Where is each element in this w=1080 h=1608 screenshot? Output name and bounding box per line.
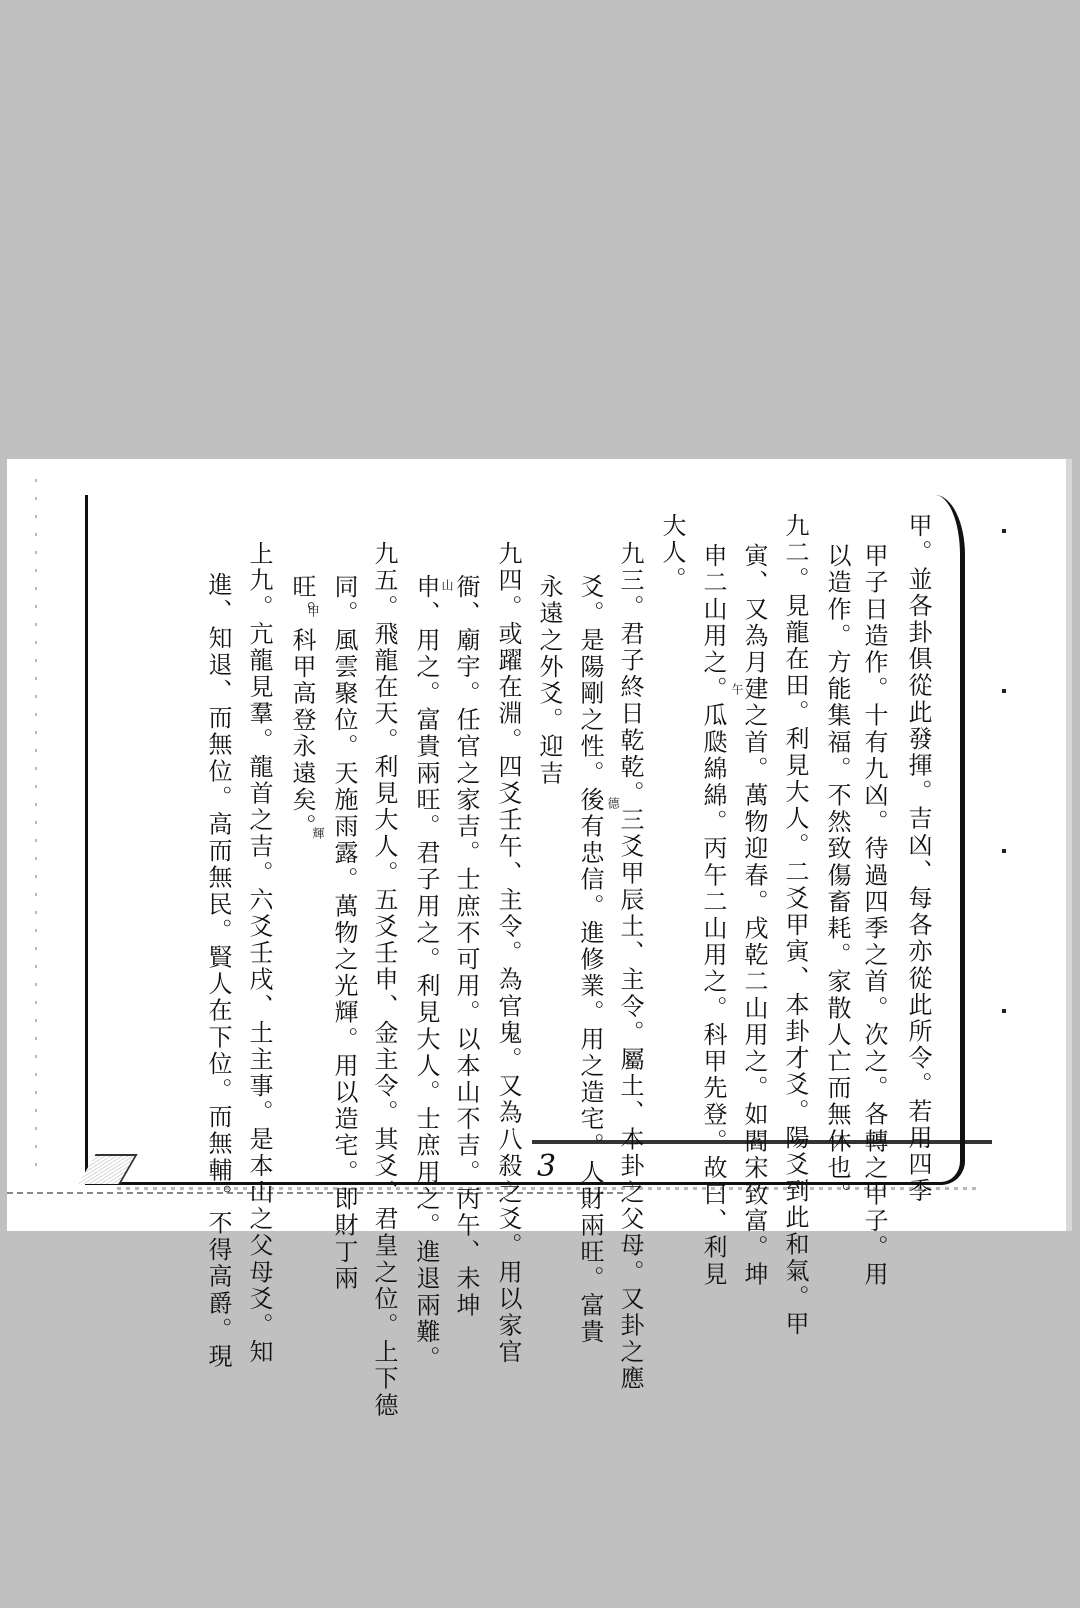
text-column-6: 申二山用之。瓜瓞綿綿。丙午二山用之。科甲先登。故曰、利見: [701, 543, 725, 1288]
scanned-page: 甲。並各卦俱從此發揮。吉凶、每各亦從此所令。若用四季 甲子日造作。十有九凶。待過…: [7, 459, 1072, 1231]
text-column-15: 同。風雲聚位。天施雨露。萬物之光輝。用以造宅。即財丁兩: [332, 574, 356, 1292]
text-column-13: 申、用之。富貴兩旺。君子用之。利見大人。士庶用之。進退兩難。: [414, 574, 438, 1372]
gutter-scan-line: [532, 1140, 992, 1144]
page-number: 3: [537, 1149, 556, 1184]
text-column-18: 進、知退、而無位。高而無民。賢人在下位。而無輔。不得高爵。現: [206, 572, 230, 1370]
text-column-3: 以造作。方能集福。不然致傷畜耗。家散人亡而無休也。: [825, 543, 849, 1208]
text-column-8: 九三。君子終日乾乾。三爻甲辰土、主令。屬土、本卦之父母。又卦之應: [618, 541, 642, 1392]
text-column-7: 大人。: [660, 513, 684, 593]
text-column-1: 甲。並各卦俱從此發揮。吉凶、每各亦從此所令。若用四季: [906, 513, 930, 1205]
text-column-12: 衙、廟宇。任官之家吉。士庶不可用。以本山不吉。丙午、未坤: [454, 574, 478, 1319]
text-column-4: 九二。見龍在田。利見大人。二爻甲寅、本卦才爻。陽爻到此和氣。甲: [783, 513, 807, 1338]
text-column-11: 九四。或躍在淵。四爻壬午、主令。為官鬼。又為八殺之爻。用以家官: [496, 541, 520, 1366]
marginal-note-hui: 輝: [310, 827, 327, 839]
text-column-14: 九五。飛龍在天。利見大人。五爻壬申、金主令。其爻、君皇之位。上下德: [372, 541, 396, 1419]
text-column-17: 上九。亢龍見羣。龍首之吉。六爻壬戌、土主事。是本山之父母爻。知: [247, 541, 271, 1366]
text-column-2: 甲子日造作。十有九凶。待過四季之首。次之。各轉之甲子。用: [862, 543, 886, 1288]
text-column-9: 爻。是陽剛之性。後有忠信。進修業。用之造宅。人財兩旺。富貴: [578, 574, 602, 1345]
marginal-note-wu: 午: [729, 683, 746, 695]
text-column-5: 寅、又為月建之首。萬物迎春。戌乾二山用之。如閻宋致富。坤: [742, 543, 766, 1288]
marginal-note-shan: 山: [439, 579, 456, 591]
text-columns: 甲。並各卦俱從此發揮。吉凶、每各亦從此所令。若用四季 甲子日造作。十有九凶。待過…: [7, 459, 1066, 1231]
marginal-note-jia: 甲: [305, 605, 322, 617]
marginal-note-de: 德: [605, 797, 622, 809]
text-column-10: 永遠之外爻。迎吉: [537, 574, 561, 787]
